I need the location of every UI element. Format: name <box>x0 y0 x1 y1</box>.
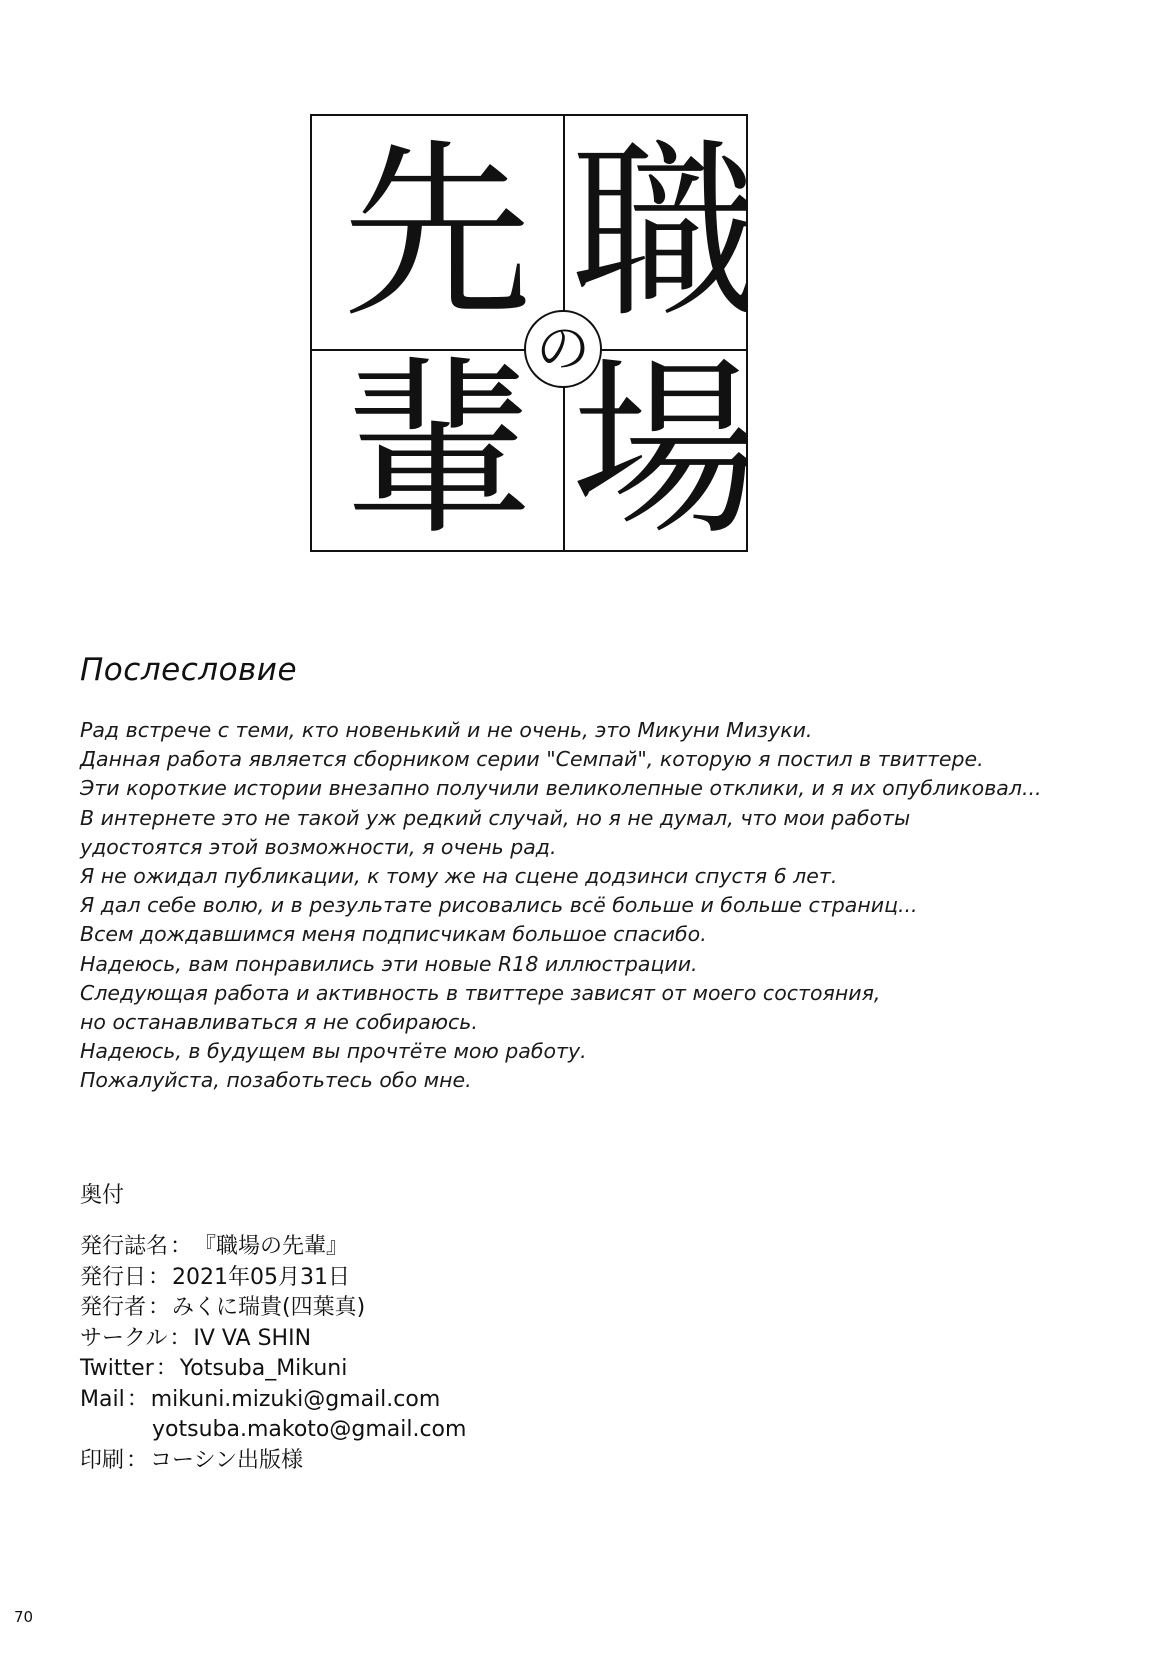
afterword-line: но останавливаться я не собираюсь. <box>80 1008 1080 1037</box>
colophon-list: 発行誌名：『職場の先輩』 発行日：2021年05月31日 発行者：みくに瑞貴(四… <box>80 1232 466 1476</box>
colophon-row-publisher: 発行者：みくに瑞貴(四葉真) <box>80 1293 466 1324</box>
colophon-value: コーシン出版様 <box>150 1446 303 1477</box>
colophon-key: 発行日 <box>80 1263 146 1294</box>
afterword-line: Надеюсь, вам понравились эти новые R18 и… <box>80 950 1080 979</box>
colophon-heading: 奥付 <box>80 1178 124 1209</box>
colophon-separator: ： <box>170 1232 192 1263</box>
colophon-key: Mail <box>80 1385 125 1416</box>
colophon-value-twitter-handle: Yotsuba_Mikuni <box>180 1354 348 1385</box>
afterword-line: Я дал себе волю, и в результате рисовали… <box>80 891 1080 920</box>
afterword-line: Надеюсь, в будущем вы прочтёте мою работ… <box>80 1037 1080 1066</box>
afterword-line: Пожалуйста, позаботьтесь обо мне. <box>80 1066 1080 1095</box>
logo-kanji-ba: 場 <box>565 351 746 550</box>
colophon-row-circle: サークル：IV VA SHIN <box>80 1324 466 1355</box>
afterword-line: Следующая работа и активность в твиттере… <box>80 979 1080 1008</box>
colophon-value-email: mikuni.mizuki@gmail.com <box>151 1385 441 1416</box>
colophon-row-mail: Mail：mikuni.mizuki@gmail.com <box>80 1385 466 1416</box>
afterword-line: В интернете это не такой уж редкий случа… <box>80 804 1080 833</box>
afterword-line: Я не ожидал публикации, к тому же на сце… <box>80 862 1080 891</box>
logo-kanji-hai: 輩 <box>312 351 563 550</box>
colophon-separator: ： <box>127 1385 149 1416</box>
colophon-row-twitter: Twitter：Yotsuba_Mikuni <box>80 1354 466 1385</box>
colophon-separator: ： <box>148 1293 170 1324</box>
colophon-key: サークル <box>80 1324 167 1355</box>
colophon-separator: ： <box>156 1354 178 1385</box>
colophon-key: 発行誌名 <box>80 1232 168 1263</box>
logo-kanji-shoku: 職 <box>565 116 746 349</box>
afterword-line: Данная работа является сборником серии "… <box>80 745 1080 774</box>
colophon-value: 『職場の先輩』 <box>194 1232 348 1263</box>
colophon-separator: ： <box>126 1446 148 1477</box>
page-number: 70 <box>14 1608 33 1626</box>
colophon-row-mail-2: yotsuba.makoto@gmail.com <box>80 1415 466 1446</box>
colophon-key: 印刷 <box>80 1446 124 1477</box>
afterword-text: Рад встрече с теми, кто новенький и не о… <box>80 716 1080 1096</box>
afterword-line: Рад встрече с теми, кто новенький и не о… <box>80 716 1080 745</box>
logo-circled-no: の <box>524 310 602 388</box>
colophon-row-title: 発行誌名：『職場の先輩』 <box>80 1232 466 1263</box>
colophon-value: IV VA SHIN <box>193 1324 311 1355</box>
colophon-key: Twitter <box>80 1354 154 1385</box>
colophon-row-date: 発行日：2021年05月31日 <box>80 1263 466 1294</box>
afterword-heading: Послесловие <box>80 652 297 688</box>
afterword-line: Эти короткие истории внезапно получили в… <box>80 774 1080 803</box>
colophon-row-printer: 印刷：コーシン出版様 <box>80 1446 466 1477</box>
title-logo: 先 職 輩 場 の <box>310 114 748 552</box>
afterword-line: Всем дождавшимся меня подписчикам большо… <box>80 920 1080 949</box>
logo-kanji-sen: 先 <box>312 116 563 349</box>
colophon-value: みくに瑞貴(四葉真) <box>172 1293 365 1324</box>
colophon-value-email: yotsuba.makoto@gmail.com <box>152 1415 466 1446</box>
afterword-line: удостоятся этой возможности, я очень рад… <box>80 833 1080 862</box>
colophon-key: 発行者 <box>80 1293 146 1324</box>
colophon-separator: ： <box>169 1324 191 1355</box>
colophon-separator: ： <box>148 1263 170 1294</box>
colophon-value: 2021年05月31日 <box>172 1263 350 1294</box>
